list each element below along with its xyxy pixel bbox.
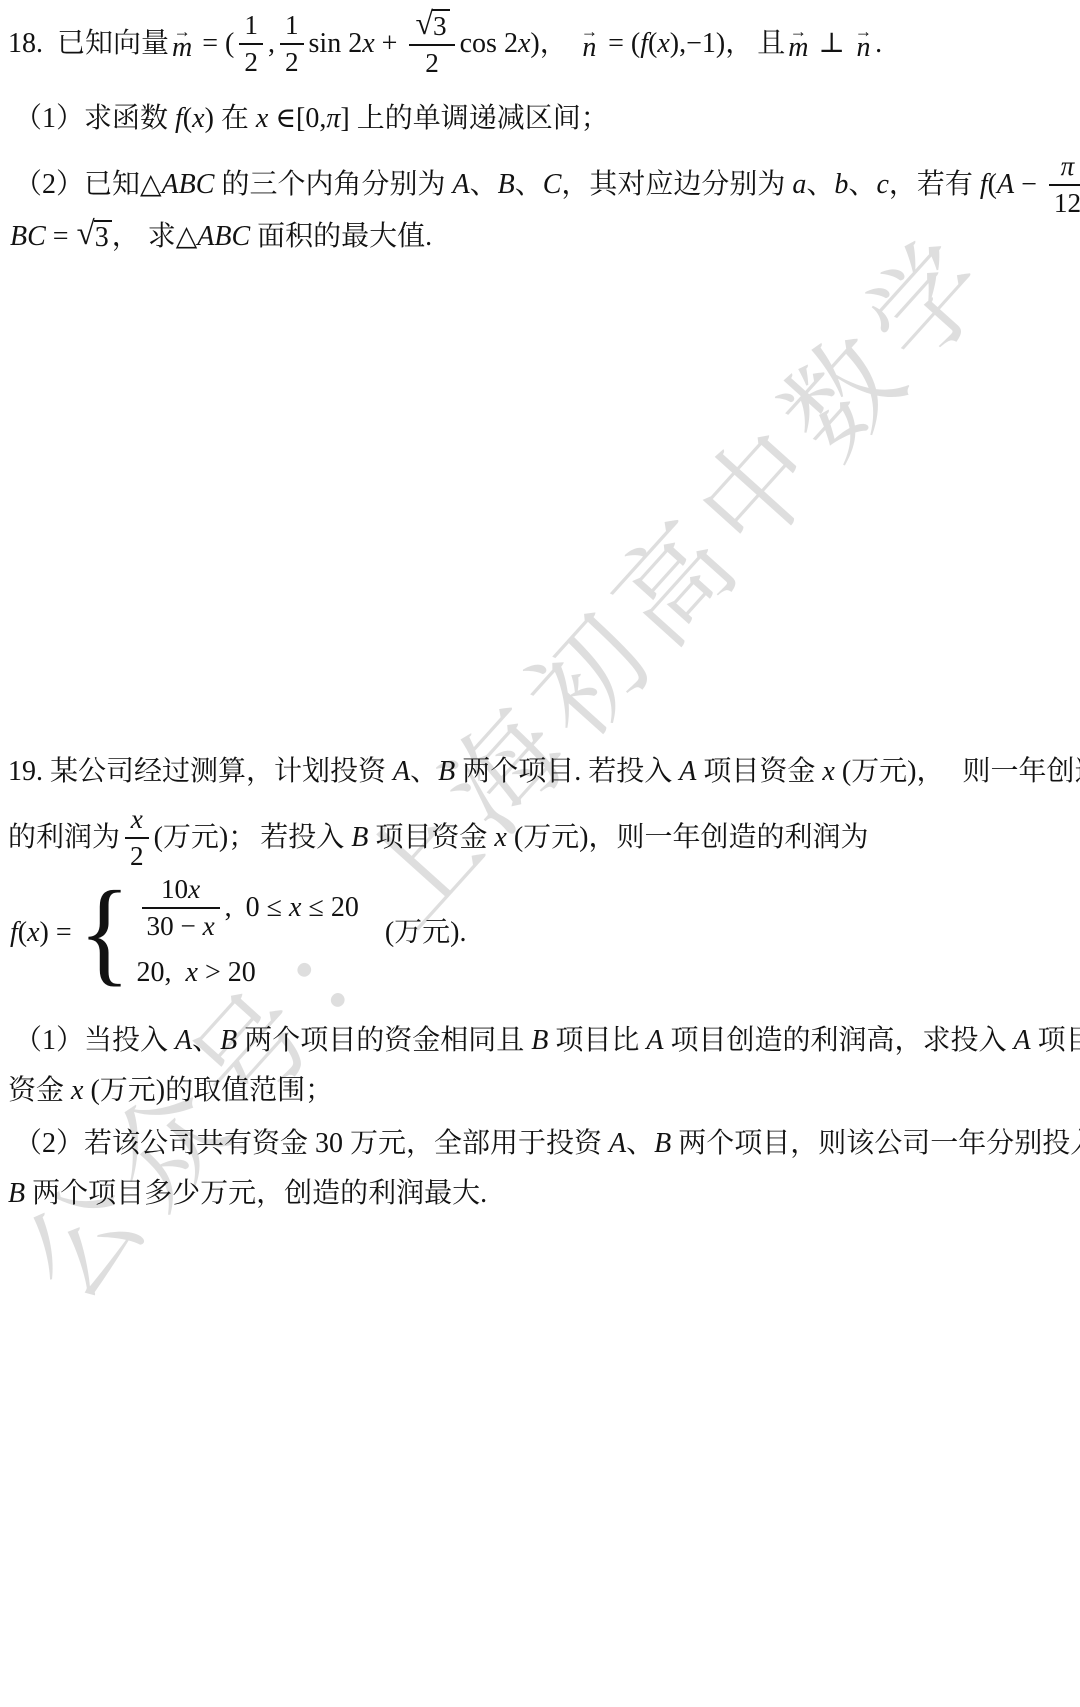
text-segment: （1）当投入	[14, 1022, 175, 1060]
text-segment: (	[988, 166, 997, 204]
text-segment: 2	[285, 47, 299, 78]
fraction-denominator: 2	[409, 46, 454, 79]
text-segment: 1	[285, 10, 299, 41]
text-segment: 资金	[8, 1072, 71, 1110]
math-symbol: x	[362, 25, 374, 63]
math-symbol: A	[997, 166, 1014, 204]
text-segment: 1	[244, 10, 258, 41]
text-segment: +	[375, 25, 405, 63]
fraction-numerator: π	[1049, 150, 1080, 186]
problem-18-part-1: （1）求函数 f(x) 在 x ∈[0,π] 上的单调递减区间；	[14, 100, 609, 138]
math-symbol: A	[452, 166, 469, 204]
text-segment: ∈[0,	[268, 100, 326, 138]
math-symbol: x	[203, 911, 215, 942]
text-segment: 2	[130, 841, 144, 872]
fraction-numerator: 10x	[142, 873, 220, 909]
math-symbol: A	[175, 1022, 192, 1060]
math-symbol: x	[71, 1072, 83, 1110]
cases-column: 10x30 − x, 0 ≤ x ≤ 2020, x > 20	[137, 873, 359, 992]
text-segment: )，	[530, 25, 567, 63]
math-symbol: x	[657, 25, 669, 63]
problem-19-part-2-cont: B 两个项目多少万元，创造的利润最大.	[8, 1175, 487, 1213]
math-symbol: a	[792, 166, 806, 204]
problem-19-part-1-cont: 资金 x (万元)的取值范围；	[8, 1072, 333, 1110]
vector-n: →n	[855, 25, 872, 61]
math-symbol: x	[188, 874, 200, 905]
fraction-numerator: 1	[280, 9, 304, 45]
text-segment: (	[18, 914, 27, 952]
text-segment: 10	[161, 874, 188, 905]
text-segment: (万元)；	[154, 819, 257, 857]
math-symbol: b	[834, 166, 848, 204]
math-symbol: f	[980, 166, 988, 204]
text-segment: 项目比	[548, 1022, 646, 1060]
text-segment: 30 −	[147, 911, 203, 942]
math-symbol: A	[646, 1022, 663, 1060]
text-segment: ) 在	[205, 100, 256, 138]
math-symbol: π	[1061, 151, 1075, 182]
problem-19-statement-2: 的利润为x2(万元)；若投入 B 项目资金 x (万元)，则一年创造的利润为	[8, 803, 868, 872]
problem-19-part-1: （1）当投入 A、B 两个项目的资金相同且 B 项目比 A 项目创造的利润高，求…	[14, 1022, 1080, 1060]
problem-18-statement: 18. 已知向量→m = (12,12sin 2x + √32cos 2x)，→…	[8, 8, 882, 79]
fraction-denominator: 12	[1049, 186, 1080, 219]
text-segment: （2）若该公司共有资金 30 万元，全部用于投资	[14, 1125, 609, 1163]
math-symbol: x	[131, 804, 143, 835]
math-symbol: x	[518, 25, 530, 63]
text-segment: 两个项目. 若投入	[455, 753, 679, 791]
text-segment: ≤ 20	[301, 889, 358, 927]
text-segment: 则一年创造	[962, 753, 1080, 791]
text-segment: 、	[410, 753, 438, 791]
text-segment: sin 2	[309, 25, 363, 63]
text-segment: 项目创造的利润高，求投入	[664, 1022, 1014, 1060]
math-symbol: x	[27, 914, 39, 952]
vector-arrow-icon: →	[790, 27, 807, 37]
vector-m: →m	[788, 25, 808, 61]
square-root: √3	[76, 220, 112, 254]
square-root: √3	[414, 9, 449, 42]
text-segment: 的三个内角分别为	[214, 166, 452, 204]
text-segment: ] 上的单调递减区间；	[340, 100, 608, 138]
text-segment: 、	[192, 1022, 220, 1060]
text-segment: 18. 已知向量	[8, 25, 169, 63]
math-symbol: f	[175, 100, 183, 138]
text-segment: 的利润为	[8, 819, 120, 857]
text-segment: =	[46, 218, 76, 256]
math-symbol: B	[498, 166, 515, 204]
text-segment: (万元)的取值范围；	[83, 1072, 333, 1110]
fraction: 12	[280, 9, 304, 78]
math-symbol: x	[822, 753, 834, 791]
fraction-numerator: 1	[239, 9, 263, 45]
fraction-denominator: 30 − x	[142, 909, 220, 942]
text-segment: = (	[195, 25, 234, 63]
fraction: 10x30 − x	[142, 873, 220, 942]
text-segment: (	[183, 100, 192, 138]
text-segment: （1）求函数	[14, 100, 175, 138]
problem-18-part-2: （2）已知△ABC 的三个内角分别为 A、B、C，其对应边分别为 a、b、c，若…	[14, 150, 1080, 219]
text-segment: (万元)，	[835, 753, 945, 791]
text-segment: cos 2	[460, 25, 518, 63]
text-segment: 20,	[137, 954, 186, 992]
math-symbol: π	[326, 100, 340, 138]
text-segment: 、	[806, 166, 834, 204]
math-symbol: B	[654, 1125, 671, 1163]
math-symbol: ABC	[162, 166, 215, 204]
problem-19-piecewise-function: f(x) = {10x30 − x, 0 ≤ x ≤ 2020, x > 20(…	[10, 873, 466, 992]
text-segment: 项目资金	[696, 753, 822, 791]
math-symbol: B	[351, 819, 368, 857]
text-segment: ) =	[40, 914, 79, 952]
math-symbol: x	[289, 889, 301, 927]
text-segment: 且	[757, 25, 785, 63]
fraction-numerator: x	[125, 803, 149, 839]
fraction-numerator: √3	[409, 8, 454, 46]
math-symbol: f	[640, 25, 648, 63]
text-segment: 3	[433, 11, 447, 41]
fraction: x2	[125, 803, 149, 872]
vector-n: →n	[581, 25, 598, 61]
text-segment: 19. 某公司经过测算，计划投资	[8, 753, 393, 791]
text-segment: ,	[268, 25, 275, 63]
text-segment: 面积的最大值.	[250, 218, 432, 256]
text-segment: > 20	[198, 954, 256, 992]
problem-19-statement-1: 19. 某公司经过测算，计划投资 A、B 两个项目. 若投入 A 项目资金 x …	[8, 753, 1080, 791]
text-segment: 、	[626, 1125, 654, 1163]
text-segment: 2	[244, 47, 258, 78]
text-segment: 求△	[148, 218, 198, 256]
math-symbol: A	[609, 1125, 626, 1163]
text-segment: (	[648, 25, 657, 63]
vector-arrow-icon: →	[855, 27, 872, 37]
math-symbol: B	[8, 1175, 25, 1213]
radicand: 3	[94, 220, 112, 254]
text-segment: (万元).	[385, 914, 467, 952]
math-symbol: x	[186, 954, 198, 992]
text-segment: 、	[470, 166, 498, 204]
math-symbol: A	[393, 753, 410, 791]
text-segment: ⊥	[811, 25, 851, 63]
fraction-denominator: 2	[239, 45, 263, 78]
text-segment: .	[875, 25, 882, 63]
text-segment: 若投入	[260, 819, 351, 857]
math-symbol: C	[543, 166, 562, 204]
text-segment: , 0 ≤	[225, 889, 289, 927]
radical-sign-icon: √	[77, 219, 95, 250]
document-page: 公众号：上海初高中数学 18. 已知向量→m = (12,12sin 2x + …	[0, 0, 1080, 1707]
fraction-denominator: 2	[280, 45, 304, 78]
math-symbol: ABC	[197, 218, 250, 256]
text-segment: ，若有	[889, 166, 980, 204]
vector-arrow-icon: →	[173, 27, 190, 37]
text-segment: −	[1014, 166, 1044, 204]
text-segment: 3	[95, 222, 109, 253]
math-symbol: c	[876, 166, 888, 204]
text-segment: 两个项目多少万元，创造的利润最大.	[25, 1175, 487, 1213]
piecewise-cases: {10x30 − x, 0 ≤ x ≤ 2020, x > 20	[79, 873, 359, 992]
math-symbol: x	[256, 100, 268, 138]
cases-row: 20, x > 20	[137, 954, 359, 992]
left-brace: {	[79, 880, 131, 985]
radicand: 3	[432, 9, 450, 42]
math-symbol: f	[10, 914, 18, 952]
text-segment: ，	[112, 218, 140, 256]
radical-sign-icon: √	[415, 8, 433, 38]
text-segment: (万元)，则一年创造的利润为	[507, 819, 869, 857]
text-segment: （2）已知△	[14, 166, 162, 204]
problem-19-part-2: （2）若该公司共有资金 30 万元，全部用于投资 A、B 两个项目，则该公司一年…	[14, 1125, 1080, 1163]
text-segment: 两个项目，则该公司一年分别投入	[671, 1125, 1080, 1163]
fraction: 12	[239, 9, 263, 78]
math-symbol: x	[192, 100, 204, 138]
math-symbol: B	[438, 753, 455, 791]
text-segment: 项目的	[1031, 1022, 1080, 1060]
text-segment: 2	[425, 48, 439, 79]
text-segment: ),−1)，	[670, 25, 753, 63]
text-segment: 12	[1054, 188, 1080, 219]
text-segment: 、	[848, 166, 876, 204]
vector-arrow-icon: →	[581, 27, 598, 37]
cases-row: 10x30 − x, 0 ≤ x ≤ 20	[137, 873, 359, 942]
math-symbol: A	[679, 753, 696, 791]
text-segment: 两个项目的资金相同且	[237, 1022, 531, 1060]
fraction: √32	[409, 8, 454, 79]
text-segment: 项目资金	[368, 819, 494, 857]
text-segment: 、	[515, 166, 543, 204]
fraction: π12	[1049, 150, 1080, 219]
math-symbol: B	[220, 1022, 237, 1060]
problem-18-part-2-cont: BC = √3，求△ABC 面积的最大值.	[10, 218, 432, 256]
math-symbol: BC	[10, 218, 46, 256]
text-segment: = (	[601, 25, 640, 63]
vector-m: →m	[172, 25, 192, 61]
math-symbol: x	[494, 819, 506, 857]
math-symbol: B	[531, 1022, 548, 1060]
math-symbol: A	[1014, 1022, 1031, 1060]
text-segment: ，其对应边分别为	[561, 166, 792, 204]
